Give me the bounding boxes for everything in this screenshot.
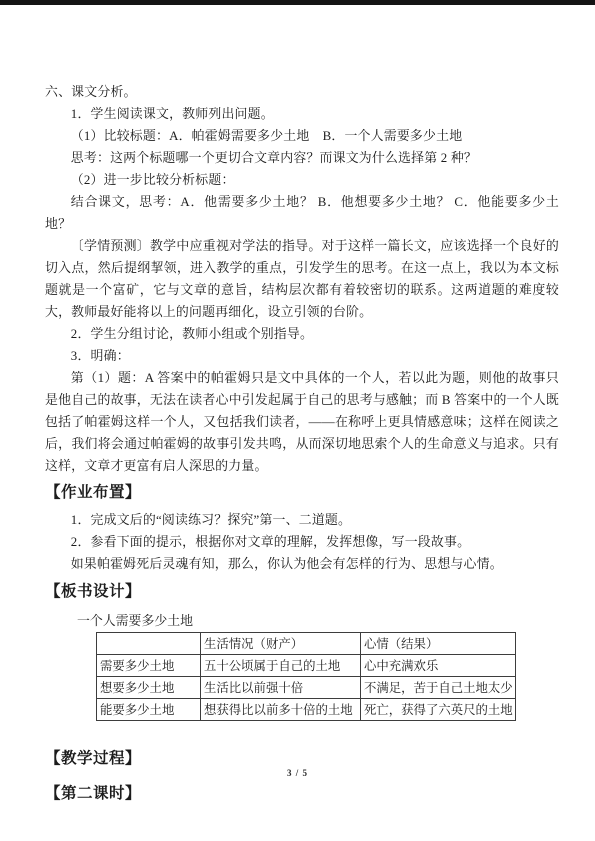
paragraph: 2．参看下面的提示，根据你对文章的理解，发挥想像，写一段故事。: [45, 531, 559, 553]
paragraph: 1．学生阅读课文，教师列出问题。: [45, 103, 559, 125]
table-cell: 能要多少土地: [97, 699, 201, 721]
section-heading-second-lesson: 【第二课时】: [45, 782, 559, 806]
paragraph: 结合课文，思考：A．他需要多少土地？ B．他想要多少土地？ C．他能要多少土地？: [45, 191, 559, 235]
table-header-cell: 生活情况（财产）: [201, 633, 361, 655]
table-row: 能要多少土地 想获得比以前多十倍的土地 死亡，获得了六英尺的土地: [97, 699, 516, 721]
paragraph: 1．完成文后的“阅读练习？探究”第一、二道题。: [45, 509, 559, 531]
table-cell: 五十公顷属于自己的土地: [201, 655, 361, 677]
table-cell: 需要多少土地: [97, 655, 201, 677]
paragraph: 第（1）题：A 答案中的帕霍姆只是文中具体的一个人，若以此为题，则他的故事只是他…: [45, 367, 559, 477]
table-cell: 死亡，获得了六英尺的土地: [361, 699, 516, 721]
paragraph: 2．学生分组讨论，教师小组或个别指导。: [45, 323, 559, 345]
table-header-row: 生活情况（财产） 心情（结果）: [97, 633, 516, 655]
table-header-cell: [97, 633, 201, 655]
paragraph: （2）进一步比较分析标题：: [45, 169, 559, 191]
section-heading-board-design: 【板书设计】: [45, 580, 559, 604]
table-cell: 想要多少土地: [97, 677, 201, 699]
section-heading-analysis: 六、课文分析。: [45, 81, 559, 103]
paragraph: 〔学情预测〕教学中应重视对学法的指导。对于这样一篇长文，应该选择一个良好的切入点…: [45, 235, 559, 323]
table-row: 想要多少土地 生活比以前强十倍 不满足，苦于自己土地太少: [97, 677, 516, 699]
top-border-bar: [0, 0, 595, 5]
section-heading-homework: 【作业布置】: [45, 481, 559, 505]
table-cell: 生活比以前强十倍: [201, 677, 361, 699]
table-header-cell: 心情（结果）: [361, 633, 516, 655]
paragraph: 3．明确：: [45, 345, 559, 367]
paragraph: （1）比较标题：A．帕霍姆需要多少土地 B．一个人需要多少土地: [45, 125, 559, 147]
table-row: 需要多少土地 五十公顷属于自己的土地 心中充满欢乐: [97, 655, 516, 677]
table-cell: 心中充满欢乐: [361, 655, 516, 677]
document-page: 六、课文分析。 1．学生阅读课文，教师列出问题。 （1）比较标题：A．帕霍姆需要…: [0, 0, 595, 841]
table-cell: 不满足，苦于自己土地太少: [361, 677, 516, 699]
board-design-table: 生活情况（财产） 心情（结果） 需要多少土地 五十公顷属于自己的土地 心中充满欢…: [96, 632, 516, 721]
paragraph: 如果帕霍姆死后灵魂有知，那么，你认为他会有怎样的行为、思想与心情。: [45, 553, 559, 575]
table-cell: 想获得比以前多十倍的土地: [201, 699, 361, 721]
page-number: 3 / 5: [0, 768, 595, 778]
document-content: 六、课文分析。 1．学生阅读课文，教师列出问题。 （1）比较标题：A．帕霍姆需要…: [45, 81, 559, 806]
board-table-title: 一个人需要多少土地: [77, 611, 559, 632]
paragraph: 思考：这两个标题哪一个更切合文章内容？而课文为什么选择第 2 种？: [45, 147, 559, 169]
